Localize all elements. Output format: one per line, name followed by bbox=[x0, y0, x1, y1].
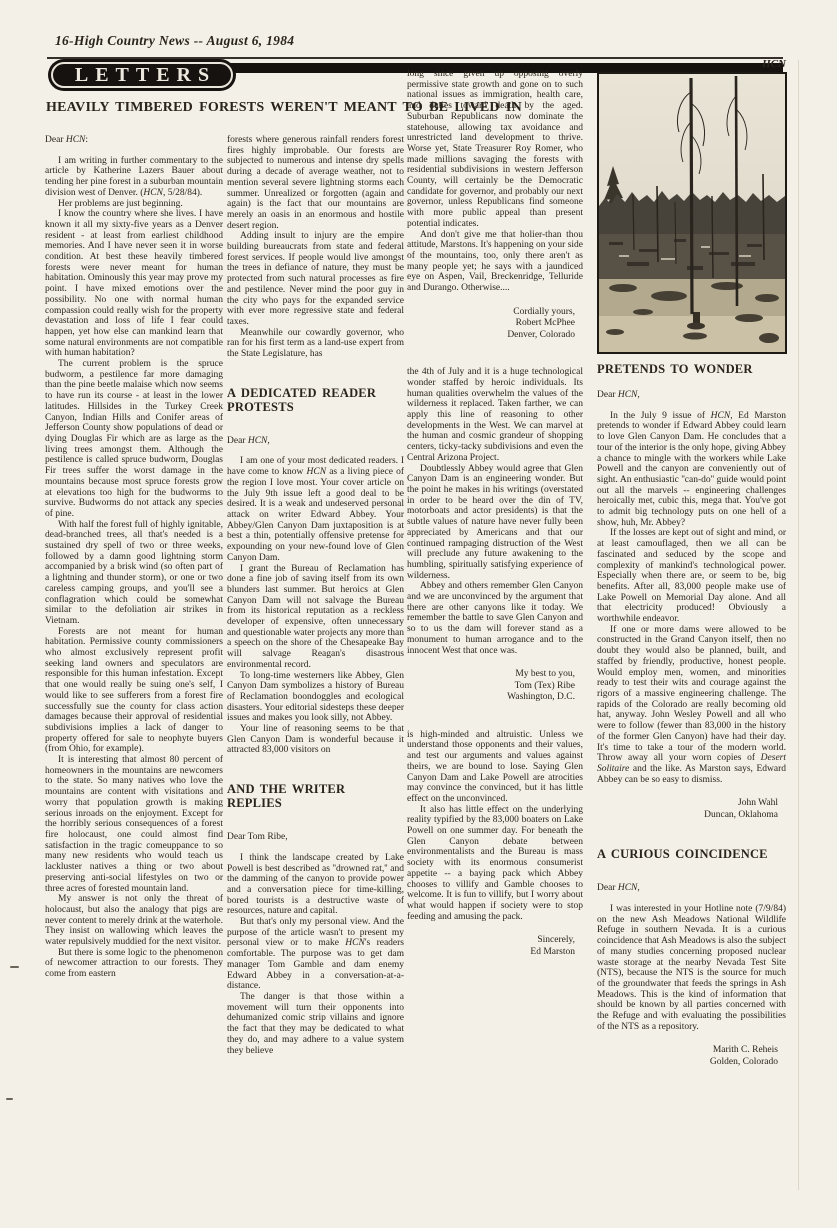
issue-line: 16-High Country News -- August 6, 1984 bbox=[55, 33, 294, 49]
letter-salutation: Dear HCN, bbox=[597, 883, 786, 894]
column-3: long since given up opposing overly perm… bbox=[407, 67, 583, 1212]
column-2: forests where generous rainfall renders … bbox=[227, 133, 404, 1205]
column-4-text: PRETENDS TO WONDERDear HCN,In the July 9… bbox=[597, 358, 786, 1094]
letter-paragraph: It also has little effect on the underly… bbox=[407, 805, 583, 923]
letter-paragraph: The current problem is the spruce budwor… bbox=[45, 359, 223, 520]
letter-paragraph: Your line of reasoning seems to be that … bbox=[227, 724, 404, 756]
letter-signature: Marith C. ReheisGolden, Colorado bbox=[597, 1045, 786, 1068]
section-heading: A DEDICATED READER PROTESTS bbox=[227, 386, 404, 414]
letter-paragraph: In the July 9 issue of HCN, Ed Marston p… bbox=[597, 411, 786, 529]
column-1: Dear HCN:I am writing in further comment… bbox=[45, 133, 223, 1205]
letter-salutation: Dear Tom Ribe, bbox=[227, 832, 404, 843]
scan-edge-line bbox=[798, 60, 799, 1190]
letter-paragraph: But that's only my personal view. And th… bbox=[227, 917, 404, 992]
letter-signature: Cordially yours,Robert McPheeDenver, Col… bbox=[407, 307, 583, 342]
letter-paragraph: And don't give me that holier-than thou … bbox=[407, 230, 583, 294]
scan-artifact bbox=[10, 966, 19, 968]
letter-paragraph: Forests are not meant for human habitati… bbox=[45, 627, 223, 755]
letter-paragraph: Her problems are just beginning. bbox=[45, 199, 223, 210]
letter-paragraph: I know the country where she lives. I ha… bbox=[45, 209, 223, 359]
letter-paragraph: With half the forest full of highly igni… bbox=[45, 520, 223, 627]
newspaper-page: 16-High Country News -- August 6, 1984 L… bbox=[0, 0, 837, 1228]
letter-paragraph: Adding insult to injury are the empire b… bbox=[227, 231, 404, 327]
burned-forest-photo bbox=[597, 72, 787, 354]
letter-salutation: Dear HCN, bbox=[227, 436, 404, 447]
letter-salutation: Dear HCN: bbox=[45, 135, 223, 146]
letter-salutation: Dear HCN, bbox=[597, 390, 786, 401]
section-heading: A CURIOUS COINCIDENCE bbox=[597, 847, 786, 861]
letter-paragraph: My answer is not only the threat of holo… bbox=[45, 894, 223, 948]
section-heading: PRETENDS TO WONDER bbox=[597, 362, 786, 376]
photo-credit: HCN bbox=[597, 58, 788, 72]
letter-paragraph: I think the landscape created by Lake Po… bbox=[227, 853, 404, 917]
letter-paragraph: Abbey and others remember Glen Canyon an… bbox=[407, 581, 583, 656]
letter-paragraph: long since given up opposing overly perm… bbox=[407, 69, 583, 230]
letter-paragraph: I am writing in further commentary to th… bbox=[45, 156, 223, 199]
letter-paragraph: is high-minded and altruistic. Unless we… bbox=[407, 730, 583, 805]
letter-paragraph: I was interested in your Hotline note (7… bbox=[597, 904, 786, 1032]
letter-paragraph: the 4th of July and it is a huge technol… bbox=[407, 367, 583, 463]
letter-signature: My best to you,Tom (Tex) RibeWashington,… bbox=[407, 669, 583, 704]
letter-paragraph: Doubtlessly Abbey would agree that Glen … bbox=[407, 464, 583, 582]
letter-paragraph: The danger is that those within a moveme… bbox=[227, 992, 404, 1056]
letter-paragraph: forests where generous rainfall renders … bbox=[227, 135, 404, 231]
burned-forest-illustration bbox=[599, 74, 785, 352]
letter-signature: John WahlDuncan, Oklahoma bbox=[597, 798, 786, 821]
scan-artifact bbox=[6, 1098, 13, 1100]
letter-signature: Sincerely,Ed Marston bbox=[407, 935, 583, 958]
letter-paragraph: Meanwhile our cowardly governor, who ran… bbox=[227, 328, 404, 360]
section-heading: AND THE WRITER REPLIES bbox=[227, 782, 404, 810]
letters-banner-label: LETTERS bbox=[68, 64, 216, 87]
letter-paragraph: To long-time westerners like Abbey, Glen… bbox=[227, 671, 404, 725]
letter-paragraph: I grant the Bureau of Reclamation has do… bbox=[227, 564, 404, 671]
letter-paragraph: If one or more dams were allowed to be c… bbox=[597, 625, 786, 786]
letter-paragraph: I am one of your most dedicated readers.… bbox=[227, 456, 404, 563]
column-4: HCN bbox=[597, 58, 788, 1213]
letter-paragraph: If the losses are kept out of sight and … bbox=[597, 528, 786, 624]
letter-paragraph: It is interesting that almost 80 percent… bbox=[45, 755, 223, 894]
letter-paragraph: But there is some logic to the phenomeno… bbox=[45, 948, 223, 980]
letters-banner: LETTERS bbox=[48, 59, 236, 91]
